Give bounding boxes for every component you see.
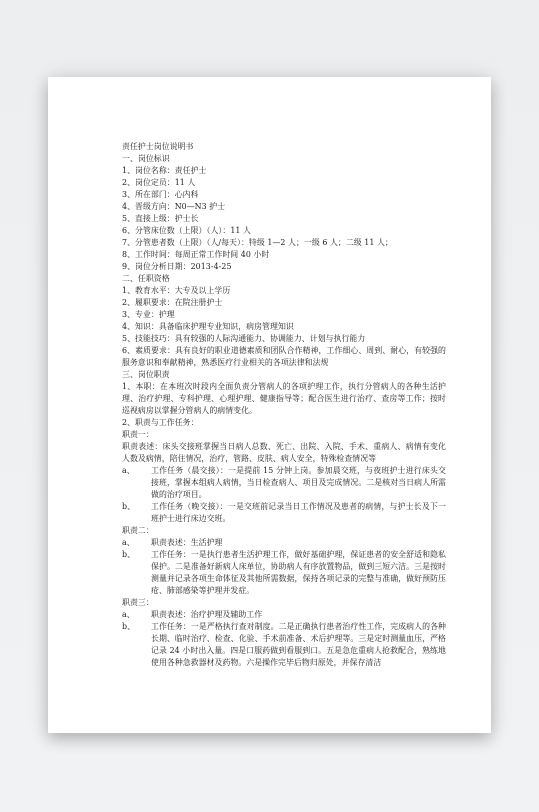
responsibility-main: 1、本职：在本班次时段内全面负责分管病人的各项护理工作，执行分管病人的各种生活护… <box>122 381 446 417</box>
duty-two-task: a、 职责表述：生活护理 <box>122 537 446 549</box>
identification-item: 4、晋级方向：N0—N3 护士 <box>122 201 446 213</box>
list-marker: b、 <box>122 621 151 669</box>
list-marker: a、 <box>122 609 151 621</box>
qualification-item: 6、素质要求：具有良好的职业道德素质和团队合作精神，工作细心、周到、耐心，有较强… <box>122 345 446 369</box>
qualification-item: 3、专业：护理 <box>122 309 446 321</box>
qualification-item: 2、履职要求：在院注册护士 <box>122 297 446 309</box>
qualification-item: 4、知识：具备临床护理专业知识，病房管理知识 <box>122 321 446 333</box>
list-marker: b、 <box>122 549 151 597</box>
section-heading-identification: 一、岗位标识 <box>122 153 446 165</box>
document-content: 责任护士岗位说明书 一、岗位标识 1、岗位名称：责任护士 2、岗位定员：11 人… <box>122 141 446 669</box>
task-text: 工作任务：一是严格执行查对制度。二是正确执行患者治疗性工作，完成病人的各种长期、… <box>151 621 446 669</box>
duty-two-heading: 职责二： <box>122 525 446 537</box>
identification-item: 3、所在部门：心内科 <box>122 189 446 201</box>
duty-three-heading: 职责三： <box>122 597 446 609</box>
list-marker: a、 <box>122 537 151 549</box>
duty-three-task: a、 职责表述：治疗护理及辅助工作 <box>122 609 446 621</box>
document-title: 责任护士岗位说明书 <box>122 141 446 153</box>
section-heading-qualifications: 二、任职资格 <box>122 273 446 285</box>
task-text: 工作任务：一是执行患者生活护理工作，做好基础护理，保证患者的安全舒适和隐私保护。… <box>151 549 446 597</box>
identification-item: 6、分管床位数（上限）（人）：11 人 <box>122 225 446 237</box>
list-marker: a、 <box>122 465 151 501</box>
duty-two-task: b、 工作任务：一是执行患者生活护理工作，做好基础护理，保证患者的安全舒适和隐私… <box>122 549 446 597</box>
qualification-item: 1、教育水平：大专及以上学历 <box>122 285 446 297</box>
duty-one-task: a、 工作任务（晨交接）：一是提前 15 分钟上岗。参加晨交班，与夜班护士进行床… <box>122 465 446 501</box>
task-text: 职责表述：生活护理 <box>151 537 446 549</box>
duty-one-description: 职责表述：床头交接班掌握当日病人总数、死亡、出院、入院、手术、重病人、病情有变化… <box>122 441 446 465</box>
section-heading-responsibilities: 三、岗位职责 <box>122 369 446 381</box>
identification-item: 1、岗位名称：责任护士 <box>122 165 446 177</box>
duty-three-task: b、 工作任务：一是严格执行查对制度。二是正确执行患者治疗性工作，完成病人的各种… <box>122 621 446 669</box>
identification-item: 5、直接上级：护士长 <box>122 213 446 225</box>
qualification-item: 5、技能技巧：具有较强的人际沟通能力、协调能力、计划与执行能力 <box>122 333 446 345</box>
list-marker: b、 <box>122 501 151 525</box>
task-text: 工作任务（晨交接）：一是提前 15 分钟上岗。参加晨交班，与夜班护士进行床头交接… <box>151 465 446 501</box>
responsibility-tasks-heading: 2、职责与工作任务： <box>122 417 446 429</box>
duty-one-task: b、 工作任务（晚交接）：一是交班前记录当日工作情况及患者的病情，与护士长及下一… <box>122 501 446 525</box>
document-page: 责任护士岗位说明书 一、岗位标识 1、岗位名称：责任护士 2、岗位定员：11 人… <box>48 77 491 733</box>
identification-item: 2、岗位定员：11 人 <box>122 177 446 189</box>
duty-one-heading: 职责一： <box>122 429 446 441</box>
identification-item: 7、分管患者数（上限）（人/每天）：特级 1—2 人；一级 6 人；二级 11 … <box>122 237 446 249</box>
task-text: 工作任务（晚交接）：一是交班前记录当日工作情况及患者的病情，与护士长及下一班护士… <box>151 501 446 525</box>
task-text: 职责表述：治疗护理及辅助工作 <box>151 609 446 621</box>
identification-item: 8、工作时间：每周正常工作时间 40 小时 <box>122 249 446 261</box>
identification-item: 9、岗位分析日期：2013-4-25 <box>122 261 446 273</box>
